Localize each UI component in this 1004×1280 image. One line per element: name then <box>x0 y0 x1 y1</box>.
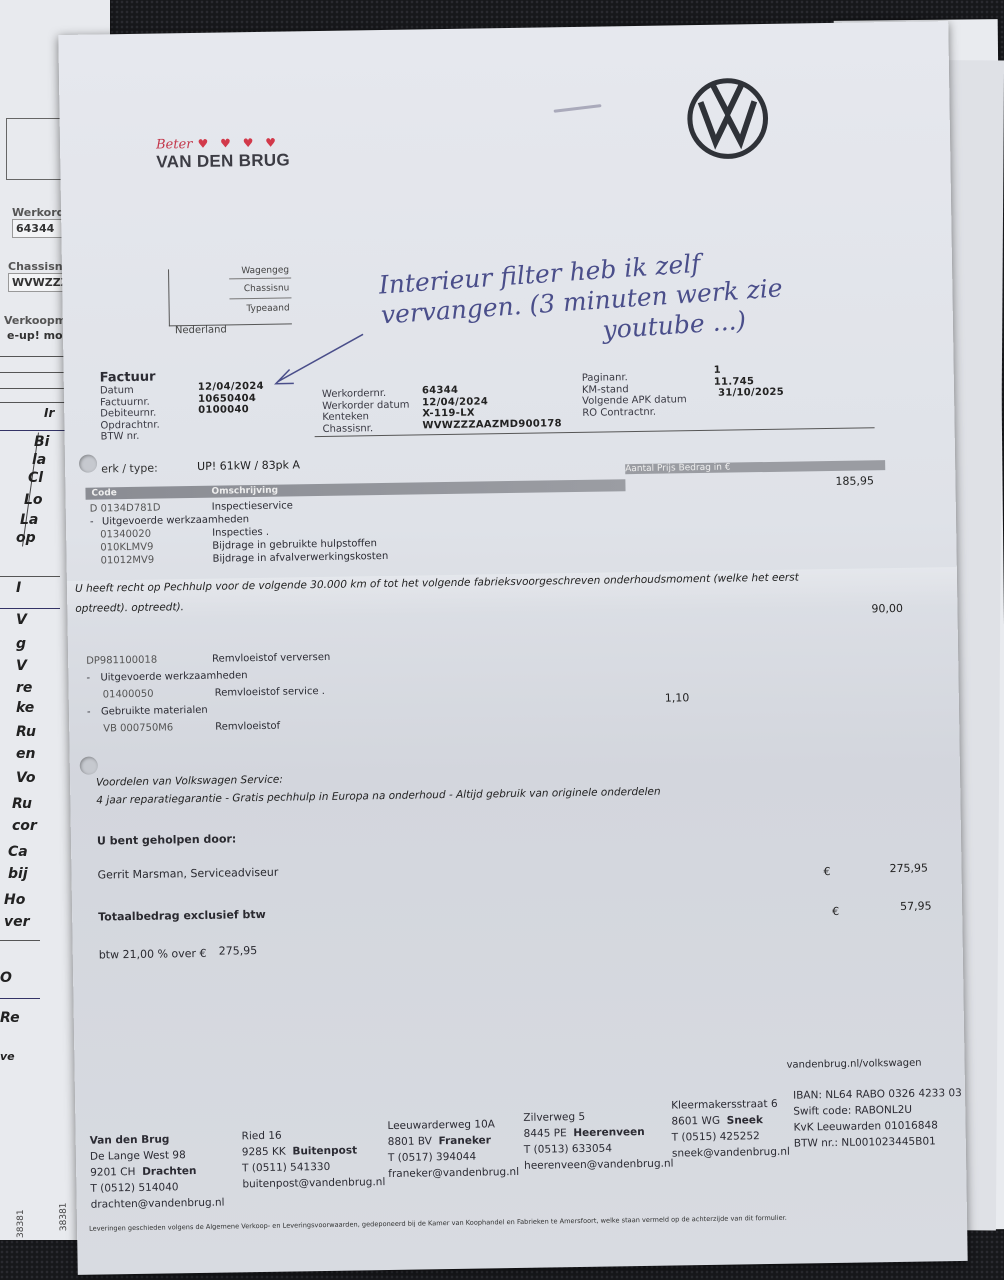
address-phone: T (0515) 425252 <box>672 1128 790 1146</box>
location-franeker: Leeuwarderweg 10A 8801 BV Franeker T (05… <box>387 1116 519 1182</box>
bank-btw: BTW nr.: NL001023445B01 <box>794 1133 963 1152</box>
address-city: Drachten <box>142 1165 196 1178</box>
left-fragment: O <box>0 970 12 986</box>
label-ro-contractnr: RO Contractnr. <box>582 406 687 419</box>
location-drachten: Van den Brug De Lange West 98 9201 CH Dr… <box>90 1131 225 1213</box>
value-datum: 12/04/2024 <box>198 381 264 394</box>
bank-kvk: KvK Leeuwarden 01016848 <box>793 1117 962 1136</box>
btw-amount: 57,95 <box>900 899 932 912</box>
address-line: Chassisnu <box>244 283 290 294</box>
btw-base: 275,95 <box>219 944 258 958</box>
label-apk-datum: Volgende APK datum <box>582 394 687 407</box>
handwritten-arrow-icon <box>263 330 374 392</box>
address-line: Wagengeg <box>241 265 289 276</box>
address-city: Franeker <box>438 1134 491 1147</box>
left-fragment: La <box>20 512 38 528</box>
terms-text: Leveringen geschieden volgens de Algemen… <box>89 1212 909 1233</box>
advisor-name: Gerrit Marsman, Serviceadviseur <box>97 866 278 882</box>
address-email[interactable]: buitenpost@vandenbrug.nl <box>242 1174 385 1192</box>
left-fragment: ve <box>0 1050 15 1063</box>
left-fragment: Vo <box>16 770 35 786</box>
website-link[interactable]: vandenbrug.nl/volkswagen <box>787 1058 922 1071</box>
label-chassisnr: Chassisnr. <box>322 422 409 435</box>
details-left-values: 12/04/2024 10650404 0100040 <box>198 381 265 417</box>
left-fragment: en <box>16 746 35 762</box>
left-fragment: ver <box>4 914 30 930</box>
doc-number: 38381 <box>59 1202 69 1231</box>
type-value: UP! 61kW / 83pk A <box>197 458 300 473</box>
logo-beter-text: Beter <box>156 137 193 153</box>
left-fragment: Ho <box>4 892 25 908</box>
address-street: Kleermakersstraat 6 <box>671 1096 789 1114</box>
bank-iban: IBAN: NL64 RABO 0326 4233 03 <box>793 1085 962 1104</box>
header-bedrag: Bedrag in € <box>678 463 730 474</box>
advantages-title: Voordelen van Volkswagen Service: <box>96 774 283 789</box>
left-rule <box>0 998 40 999</box>
left-fragment: Cl <box>28 470 43 486</box>
details-left-labels: Datum Factuurnr. Debiteurnr. Opdrachtnr.… <box>100 384 201 443</box>
value-debiteurnr: 0100040 <box>198 404 264 417</box>
address-line: Typeaand <box>246 303 289 314</box>
header-prijs: Prijs <box>657 463 676 473</box>
address-city: Sneek <box>727 1114 763 1127</box>
total-excl-label: Totaalbedrag exclusief btw <box>98 908 266 924</box>
logo-name: VAN DEN BRUG <box>156 150 290 172</box>
invoice-page: Beter ♥ ♥ ♥ ♥ VAN DEN BRUG Wagengeg Chas… <box>58 21 967 1275</box>
hearts-icon: ♥ ♥ ♥ ♥ <box>197 136 280 151</box>
value-factuurnr: 10650404 <box>198 392 264 405</box>
left-fragment: ke <box>16 700 34 716</box>
address-postcode: 9285 KK <box>242 1146 286 1159</box>
material-quantity: 1,10 <box>665 691 690 704</box>
label-werkorder-datum: Werkorder datum <box>322 399 409 412</box>
header-aantal: Aantal <box>625 464 654 474</box>
punch-hole <box>79 455 97 473</box>
details-mid-values: 64344 12/04/2024 X-119-LX WVWZZZAAZMD900… <box>422 383 562 431</box>
company-name: Van den Brug <box>90 1133 170 1146</box>
left-fragment: Ru <box>16 724 36 740</box>
table-row: VB 000750M6Remvloeistof <box>87 717 331 738</box>
type-label: erk / type: <box>101 462 158 476</box>
address-rule <box>229 277 291 279</box>
address-postcode: 8601 WG <box>671 1115 720 1128</box>
value-apk-datum: 31/10/2025 <box>718 387 784 400</box>
table-header-left: Code Omschrijving <box>85 479 625 499</box>
value-chassisnr: WVWZZZAAZMD900178 <box>422 418 562 432</box>
address-email[interactable]: sneek@vandenbrug.nl <box>672 1144 790 1162</box>
address-country: Nederland <box>175 324 227 336</box>
left-fragment: V <box>16 658 27 674</box>
header-code: Code <box>91 488 116 498</box>
currency-symbol: € <box>823 865 830 878</box>
btw-line-label: btw 21,00 % over € <box>99 947 207 962</box>
punch-hole <box>80 757 98 775</box>
dealer-logo: Beter ♥ ♥ ♥ ♥ VAN DEN BRUG <box>156 131 290 172</box>
left-rule <box>0 608 60 609</box>
staple <box>554 104 602 113</box>
left-fragment: I <box>16 580 21 596</box>
address-rule <box>229 297 291 299</box>
left-fragment: la <box>32 452 46 468</box>
helped-by-label: U bent geholpen door: <box>97 832 237 847</box>
invoice-title: Factuur <box>100 370 156 386</box>
address-postcode: 9201 CH <box>90 1166 135 1179</box>
items-block-2: DP981100018Remvloeistof verversen -Uitge… <box>86 649 331 738</box>
left-fragment: g <box>16 636 26 652</box>
left-fragment: Ru <box>12 796 32 812</box>
subtotal-amount: 275,95 <box>889 862 928 876</box>
left-rule <box>0 940 40 941</box>
address-email[interactable]: franeker@vandenbrug.nl <box>388 1164 519 1182</box>
left-fragment: Ca <box>8 844 28 860</box>
bank-details: IBAN: NL64 RABO 0326 4233 03 Swift code:… <box>793 1085 963 1152</box>
currency-symbol: € <box>832 905 839 918</box>
details-right-labels: Paginanr. KM-stand Volgende APK datum RO… <box>582 371 687 419</box>
left-fragment: cor <box>12 818 37 834</box>
left-fragment: bij <box>8 866 28 882</box>
left-fragment: re <box>16 680 32 696</box>
location-heerenveen: Zilverweg 5 8445 PE Heerenveen T (0513) … <box>523 1108 673 1174</box>
address-city: Heerenveen <box>573 1126 645 1139</box>
address-email[interactable]: drachten@vandenbrug.nl <box>91 1195 225 1213</box>
label-btw-nr: BTW nr. <box>101 430 201 443</box>
advantages-text: 4 jaar reparatiegarantie - Gratis pechhu… <box>96 786 660 807</box>
vw-logo-icon <box>685 76 770 165</box>
table-header-right: Aantal Prijs Bedrag in € <box>625 460 885 474</box>
details-mid-labels: Werkordernr. Werkorder datum Kenteken Ch… <box>322 388 410 435</box>
pechhulp-line-2: optreedt). optreedt). <box>75 601 184 615</box>
left-fragment: Re <box>0 1010 20 1026</box>
left-fragment-ir: Ir <box>44 406 54 420</box>
location-sneek: Kleermakersstraat 6 8601 WG Sneek T (051… <box>671 1096 790 1162</box>
address-window: Wagengeg Chassisnu Typeaand <box>168 267 292 326</box>
left-fragment: V <box>16 612 27 628</box>
block1-amount: 185,95 <box>835 474 874 488</box>
left-fragment: Bi <box>34 434 49 450</box>
left-doc-number: 38381 <box>16 1209 26 1238</box>
block2-amount: 90,00 <box>871 602 903 615</box>
left-rule <box>0 576 60 577</box>
items-block-1: D 0134D781DInspectieservice -Uitgevoerde… <box>90 498 389 568</box>
address-postcode: 8801 BV <box>388 1135 432 1148</box>
address-postcode: 8445 PE <box>524 1127 567 1140</box>
address-city: Buitenpost <box>292 1145 357 1158</box>
header-omschrijving: Omschrijving <box>211 486 278 497</box>
left-fragment: op <box>16 530 36 546</box>
left-fragment: Lo <box>24 492 43 508</box>
address-email[interactable]: heerenveen@vandenbrug.nl <box>524 1156 674 1174</box>
handwritten-note: Interieur filter heb ik zelf vervangen. … <box>378 243 786 360</box>
details-right-values: 1 11.745 31/10/2025 <box>714 364 785 400</box>
location-buitenpost: Ried 16 9285 KK Buitenpost T (0511) 5413… <box>242 1126 386 1192</box>
